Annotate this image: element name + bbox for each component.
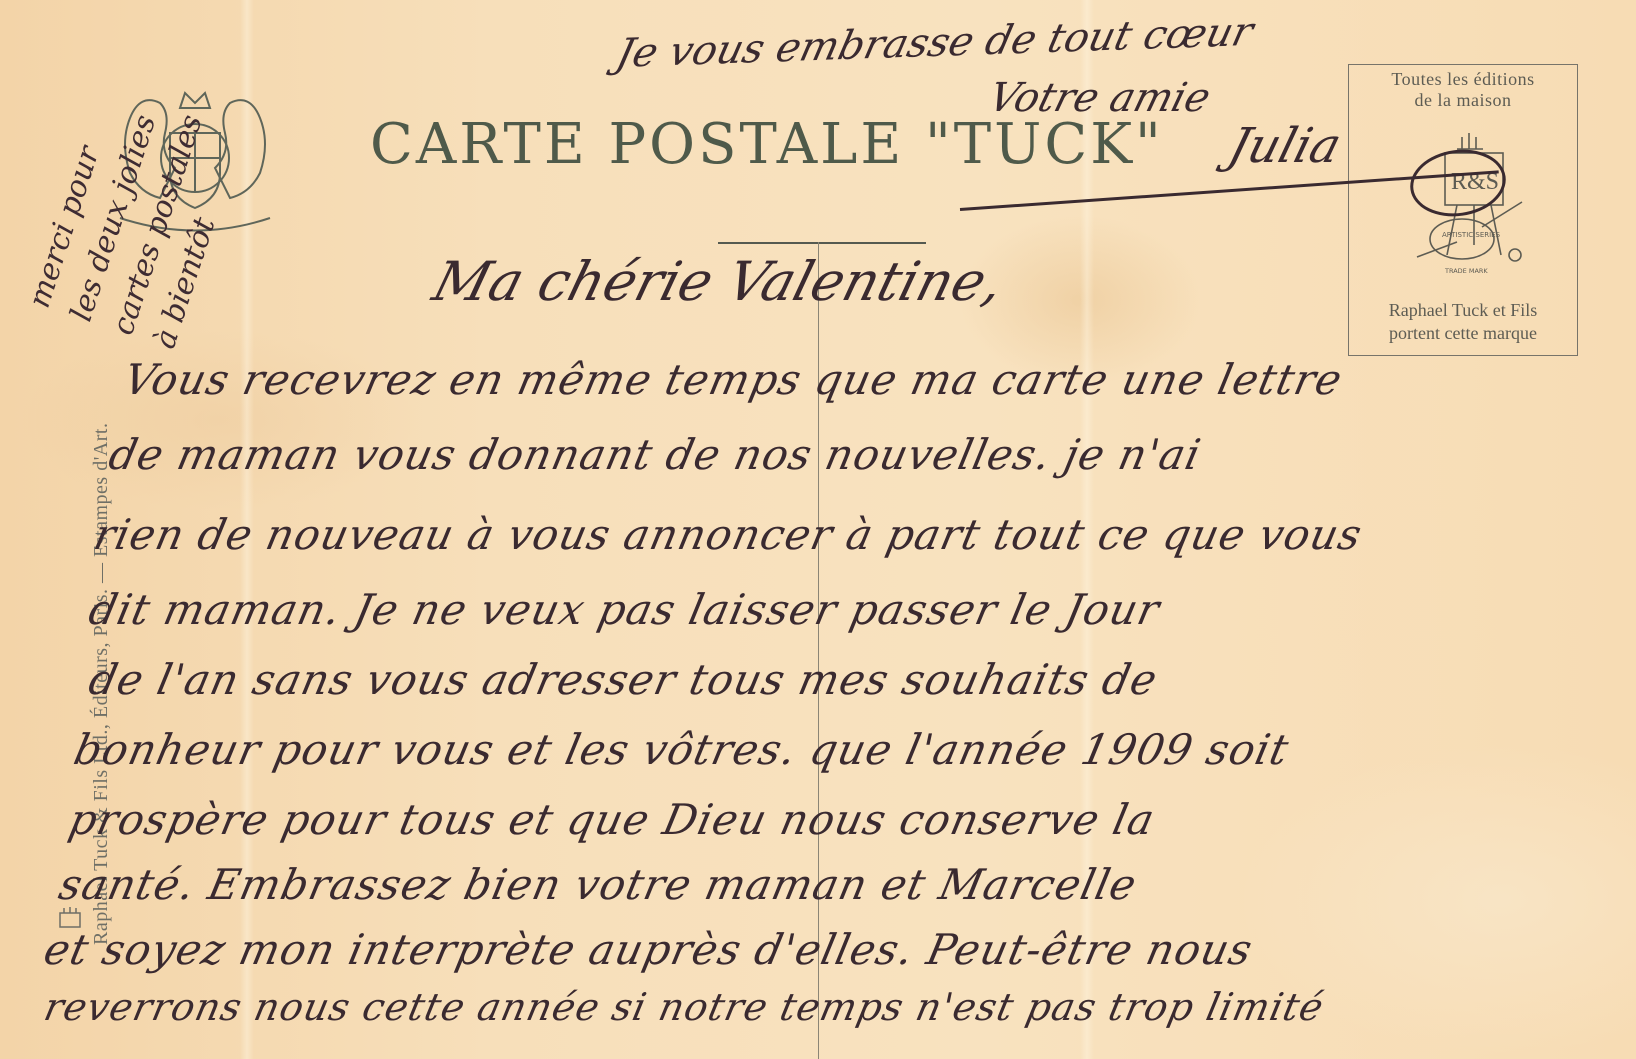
- handwritten-greeting: Ma chérie Valentine,: [427, 250, 1011, 313]
- handwritten-closing-line: Je vous embrasse de tout cœur: [612, 9, 1257, 77]
- address-rule: [718, 242, 926, 244]
- handwritten-body-line: prospère pour tous et que Dieu nous cons…: [65, 795, 1160, 844]
- trademark-small-label: TRADE MARK: [1444, 267, 1488, 275]
- handwritten-body-line: rien de nouveau à vous annoncer à part t…: [90, 510, 1367, 559]
- card-title: CARTE POSTALE "TUCK": [370, 112, 1164, 177]
- stamp-text-line: Toutes les éditions: [1349, 69, 1577, 90]
- stamp-text-line: Raphael Tuck et Fils: [1349, 299, 1577, 322]
- stamp-text-line: portent cette marque: [1349, 322, 1577, 345]
- handwritten-body-line: et soyez mon interprète auprès d'elles. …: [40, 925, 1257, 974]
- stamp-box-header: Toutes les éditions de la maison: [1349, 69, 1577, 111]
- stamp-text-line: de la maison: [1349, 90, 1577, 111]
- handwritten-signature: Julia: [1222, 118, 1346, 174]
- handwritten-body-line: bonheur pour vous et les vôtres. que l'a…: [70, 725, 1294, 774]
- handwritten-body-line: de l'an sans vous adresser tous mes souh…: [85, 655, 1162, 704]
- handwritten-closing-line: Votre amie: [984, 75, 1215, 121]
- postcard-back: Raphael Tuck & Fils Ltd., Éditeurs, Pari…: [0, 0, 1636, 1059]
- handwritten-body-line: santé. Embrassez bien votre maman et Mar…: [55, 860, 1142, 909]
- handwritten-body-line: Vous recevrez en même temps que ma carte…: [120, 355, 1347, 404]
- handwritten-body-line: de maman vous donnant de nos nouvelles. …: [105, 430, 1206, 479]
- handwritten-body-line: reverrons nous cette année si notre temp…: [40, 985, 1328, 1029]
- trademark-label: ARTISTIC SERIES: [1442, 231, 1501, 239]
- handwritten-body-line: dit maman. Je ne veux pas laisser passer…: [85, 585, 1165, 634]
- stamp-box-footer: Raphael Tuck et Fils portent cette marqu…: [1349, 299, 1577, 345]
